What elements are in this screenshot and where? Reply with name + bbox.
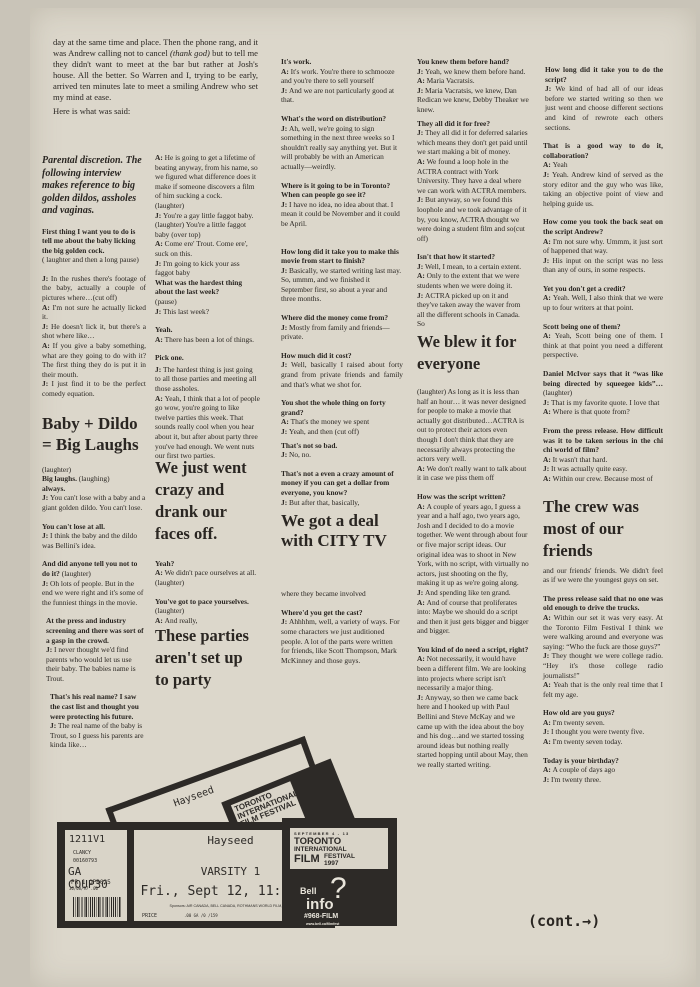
answer-group: A: Not necessarily, it would have been a… [417, 654, 528, 769]
speaker-label: J: [42, 322, 51, 331]
answer: J: We kind of had all of our ideas befor… [545, 84, 663, 131]
answer-text: We didn't pace ourselves at all. [165, 568, 256, 577]
pull-quote: We just went crazy and drank our faces o… [155, 457, 260, 545]
answer: A: There has been a lot of things. [155, 335, 254, 344]
answer: A: Yeah, Scott being one of them. I thin… [543, 331, 663, 359]
speaker-label: J: [281, 200, 289, 209]
ticket-price-label: PRICE [142, 913, 157, 919]
answer-line: (laughter) [155, 201, 260, 211]
speaker-label: J: [155, 307, 163, 316]
answer-text: Come ere' Trout. Come ere', suck on this… [155, 239, 248, 258]
speaker-label: J: [46, 645, 54, 654]
answer-text: I have no idea, no idea about that. I me… [281, 200, 400, 228]
answer-group: J: That is my favorite quote. I love tha… [543, 398, 659, 417]
speaker-label: A: [155, 153, 165, 162]
answer-text: No, no. [289, 450, 311, 459]
speaker-label: J: [42, 493, 50, 502]
speaker-label: J: [281, 266, 289, 275]
speaker-label: A: [42, 341, 53, 350]
info-url: www.bell.ca/filmfest [306, 922, 339, 926]
answer-text: That is my favorite quote. I love that [551, 398, 659, 407]
speaker-label: J: [155, 259, 163, 268]
speaker-label: A: [155, 616, 165, 625]
speaker-label: J: [281, 450, 289, 459]
speaker-label: J: [155, 211, 163, 220]
answer-text: And spending like ten grand. [425, 588, 511, 597]
column-4: You knew them before hand?J: Yeah, we kn… [417, 57, 529, 779]
speaker-label: A: [543, 765, 553, 774]
speaker-label: A: [155, 239, 165, 248]
pull-quote: We blew it for everyone [417, 331, 529, 375]
answer-text: You can't lose with a baby and a giant g… [42, 493, 145, 512]
speaker-label: A: [417, 271, 427, 280]
answer-text: Yeah [553, 160, 568, 169]
speaker-label: A: [155, 335, 165, 344]
answer: J: Well, basically I raised about forty … [281, 360, 403, 388]
answer-group: A: I'm twenty seven.J: I thought you wer… [543, 718, 644, 746]
answer-text: I just find it to be the perfect comedy … [42, 379, 146, 398]
answer-text: Yeah. Well, I also think that we were up… [543, 293, 663, 312]
speaker-label: J: [42, 531, 50, 540]
answer-text: Ahhhhm, well, a variety of ways. For som… [281, 617, 400, 664]
answer-line: A: Come ere' Trout. Come ere', suck on t… [155, 239, 260, 258]
answer: J: Ah, well, we're going to sign somethi… [281, 124, 397, 171]
speaker-label: J: [417, 86, 425, 95]
speaker-label: J: [42, 579, 50, 588]
speaker-label: J: [543, 651, 552, 660]
answer-group: J: Yeah, we knew them before hand.A: Mar… [417, 67, 529, 114]
speaker-label: A: [417, 654, 427, 663]
speaker-label: J: [281, 360, 291, 369]
speaker-label: A: [543, 293, 553, 302]
speaker-label: J: [543, 398, 551, 407]
answer-group: A: That's the money we spentJ: Yeah, and… [281, 417, 369, 436]
answer-text: And we are not particularly good at that… [281, 86, 394, 105]
speaker-label: A: [543, 718, 553, 727]
answer-text: A couple of days ago [553, 765, 615, 774]
speaker-label: A: [42, 303, 53, 312]
continued-marker: (cont.→) [528, 912, 600, 930]
answer-text: Basically, we started writing last may. … [281, 266, 401, 304]
answer: J: Oh lots of people. But in the end we … [42, 579, 143, 607]
answer: A: And really, [155, 616, 197, 625]
speaker-label: J: [545, 84, 555, 93]
answer-text: But after that, basically, [289, 498, 359, 507]
answer-text: I'm twenty seven today. [553, 737, 623, 746]
answer-text: His input on the script was no less than… [543, 256, 663, 275]
answer-text: And really, [165, 616, 198, 625]
speaker-label: A: [543, 680, 553, 689]
pull-quote: These parties aren't set up to party [155, 625, 260, 691]
answer-text: Only to the extent that we were students… [417, 271, 519, 290]
answer: J: This last week? [155, 307, 209, 316]
answer-text: It wasn't that hard. [553, 455, 608, 464]
answer-group: A: It wasn't that hard.J: It was actuall… [543, 455, 653, 483]
answer-text: He is going to get a lifetime of beating… [155, 153, 258, 200]
speaker-label: A: [417, 598, 427, 607]
answer-text: Where is that quote from? [553, 407, 630, 416]
answer-group: A: Within our set it was very easy. At t… [543, 613, 663, 699]
answer-text: They all did it for deferred salaries wh… [417, 128, 528, 156]
speaker-label: J: [417, 291, 425, 300]
speaker-label: A: [155, 394, 165, 403]
answer-group: A: It's work. You're there to schmooze a… [281, 67, 395, 105]
answer-text: They thought we were college radio. “Hey… [543, 651, 663, 679]
speaker-label: A: [417, 502, 427, 511]
speaker-label: J: [281, 86, 289, 95]
info-phone: #968-FILM [304, 913, 338, 920]
answer-text: Yeah that is the only real time that I f… [543, 680, 663, 699]
answer-text: I'm twenty seven. [553, 718, 605, 727]
answer: J: I never thought we'd find parents who… [46, 645, 136, 683]
answer-group: A: A couple of days agoJ: I'm twenty thr… [543, 765, 615, 784]
answer: J: I think the baby and the dildo was Be… [42, 531, 137, 550]
answer-group: A: I'm not sure why. Ummm, it just sort … [543, 237, 663, 275]
answer-text: In the rushes there's footage of the bab… [42, 274, 146, 302]
speaker-label: A: [417, 464, 427, 473]
speaker-label: J: [543, 256, 552, 265]
festival-ad: SEPTEMBER 4 - 13 TORONTO INTERNATIONAL F… [282, 818, 397, 926]
back-ticket-film: Hayseed [172, 785, 215, 810]
intro-lead: Here is what was said: [53, 106, 258, 117]
speaker-label: J: [281, 323, 289, 332]
speaker-label: A: [543, 474, 553, 483]
answer-list: J: The hardest thing is just going to al… [155, 365, 260, 461]
speaker-label: J: [417, 128, 425, 137]
speaker-label: J: [417, 588, 425, 597]
column-5: How long did it take you to do the scrip… [543, 65, 663, 793]
answer: J: Basically, we started writing last ma… [281, 266, 401, 304]
answer-text: He doesn't lick it, but there's a shot w… [42, 322, 146, 341]
speaker-label: J: [281, 427, 289, 436]
answer-text: That's the money we spent [291, 417, 370, 426]
speaker-label: J: [281, 124, 289, 133]
answer-text: Yeah, and then (cut off) [289, 427, 359, 436]
answer-line: A: I'm not sure he actually licked it. [42, 303, 146, 322]
speaker-label: J: [543, 464, 551, 473]
answer-text: Anyway, so then we came back here and I … [417, 693, 528, 769]
answer-group: J: They all did it for deferred salaries… [417, 128, 528, 243]
answer-text: It was actually quite easy. [551, 464, 627, 473]
column-3: It's work.A: It's work. You're there to … [281, 57, 403, 674]
answer-line: J: I'm going to kick your ass faggot bab… [155, 259, 260, 278]
answer-text: Yeah, I think that a lot of people go wo… [155, 394, 260, 461]
speaker-label: J: [155, 365, 163, 374]
answer-text: I'm going to kick your ass faggot baby [155, 259, 240, 278]
speaker-label: A: [281, 417, 291, 426]
pull-quote: Baby + Dildo = Big Laughs [42, 413, 146, 455]
speaker-label: J: [50, 721, 58, 730]
speaker-label: A: [543, 331, 555, 340]
speaker-label: J: [417, 195, 425, 204]
speaker-label: J: [417, 67, 425, 76]
answer-text: Yeah, Scott being one of them. I think a… [543, 331, 663, 359]
answer-line: A: If you give a baby something, what ar… [42, 341, 146, 379]
column-2: A: He is going to get a lifetime of beat… [155, 153, 260, 701]
answer-text: This last week? [163, 307, 209, 316]
answer-text: (laughter) [155, 201, 184, 210]
answer: J: I have no idea, no idea about that. I… [281, 200, 400, 228]
answer: J: You can't lose with a baby and a gian… [42, 493, 146, 512]
festival-logo: SEPTEMBER 4 - 13 TORONTO INTERNATIONAL F… [290, 828, 388, 869]
answer-line: J: In the rushes there's footage of the … [42, 274, 146, 303]
speaker-label: A: [543, 455, 553, 464]
speaker-label: A: [543, 613, 554, 622]
answer-text: We kind of had all of our ideas before w… [545, 84, 663, 131]
ticket-price-value: .00 GA /0 /159 [184, 913, 218, 918]
speaker-label: A: [543, 407, 553, 416]
speaker-label: A: [543, 237, 553, 246]
disclaimer: Parental discretion. The following inter… [42, 155, 146, 218]
ticket-stub: 1211V1 CLANCY 00160793 GA COUP30 PR 1 OP… [65, 830, 127, 921]
answer-line: J: The hardest thing is just going to al… [155, 365, 260, 394]
answer: J: But after that, basically, [281, 498, 359, 507]
answer-text: We don't really want to talk about it in… [417, 464, 526, 483]
answer: A: Yeah. Well, I also think that we were… [543, 293, 663, 312]
answer-text: Mostly from family and friends—private. [281, 323, 390, 342]
intro-section: day at the same time and place. Then the… [53, 37, 258, 120]
speaker-label: A: [543, 160, 553, 169]
column-1: Parental discretion. The following inter… [42, 155, 146, 759]
answer-text: I think the baby and the dildo was Belli… [42, 531, 137, 550]
speaker-label: A: [543, 737, 553, 746]
answer: J: The real name of the baby is Trout, s… [50, 721, 144, 749]
answer-text: Yeah. Andrew kind of served as the story… [543, 170, 663, 208]
answer-text: Well, basically I raised about forty gra… [281, 360, 403, 388]
answer-text: It's work. You're there to schmooze and … [281, 67, 395, 86]
answer-text: Well, I mean, to a certain extent. [425, 262, 521, 271]
answer-line: J: He doesn't lick it, but there's a sho… [42, 322, 146, 341]
answer-text: Within our crew. Because most of [553, 474, 653, 483]
answer-text: But anyway, so we found this loophole an… [417, 195, 527, 242]
intro-paragraph: day at the same time and place. Then the… [53, 37, 258, 103]
answer-text: A couple of years ago, I guess a year an… [417, 502, 529, 588]
answer-text: Within our set it was very easy. At the … [543, 613, 663, 651]
answer-text: If you give a baby something, what are t… [42, 341, 146, 379]
answer-text: Maria Vacratsis. [427, 76, 475, 85]
answer-text: Maria Vacratsis, we knew, Dan Redican we… [417, 86, 529, 114]
answer-text: The real name of the baby is Trout, so I… [50, 721, 144, 749]
answer-group: J: Well, I mean, to a certain extent.A: … [417, 262, 521, 329]
answer-text: I'm not sure he actually licked it. [42, 303, 146, 322]
speaker-label: J: [42, 274, 51, 283]
speaker-label: J: [543, 775, 551, 784]
answer: A: We don't really want to talk about it… [417, 464, 526, 483]
answer-text: I never thought we'd find parents who wo… [46, 645, 136, 683]
speaker-label: J: [417, 262, 425, 271]
speaker-label: J: [417, 693, 425, 702]
answer-line: A: Yeah, I think that a lot of people go… [155, 394, 260, 461]
answer-text: Oh lots of people. But in the end we wer… [42, 579, 143, 607]
answer-text: We found a loop hole in the ACTRA contra… [417, 157, 527, 195]
speaker-label: A: [417, 76, 427, 85]
answer-text: Ah, well, we're going to sign something … [281, 124, 397, 171]
answer-line: J: You're a gay little faggot baby. (lau… [155, 211, 260, 240]
answer-text: ACTRA picked up on it and they've taken … [417, 291, 520, 329]
pull-quote: The crew was most of our friends [543, 496, 663, 562]
answer-group: A: YeahJ: Yeah. Andrew kind of served as… [543, 160, 663, 207]
answer-text: And of course that proliferates into: Ma… [417, 598, 528, 636]
answer-text: I thought you were twenty five. [551, 727, 644, 736]
answer-text: You're a gay little faggot baby. (laught… [155, 211, 253, 239]
speaker-label: J: [543, 170, 552, 179]
answer-line: A: He is going to get a lifetime of beat… [155, 153, 260, 201]
speaker-label: J: [281, 617, 289, 626]
intro-italic: (thank god) [170, 48, 210, 58]
speaker-label: J: [281, 498, 289, 507]
speaker-label: J: [543, 727, 551, 736]
answer-text: The hardest thing is just going to all t… [155, 365, 256, 393]
answer-text: I'm twenty three. [551, 775, 601, 784]
speaker-label: A: [155, 568, 165, 577]
answer: J: No, no. [281, 450, 311, 459]
answer: A: We didn't pace ourselves at all. [155, 568, 256, 577]
speaker-label: A: [417, 157, 427, 166]
answer-text: There has been a lot of things. [165, 335, 254, 344]
answer: J: Mostly from family and friends—privat… [281, 323, 390, 342]
barcode-icon [73, 897, 121, 917]
answer-text: I'm not sure why. Ummm, it just sort of … [543, 237, 663, 256]
answer: J: Ahhhhm, well, a variety of ways. For … [281, 617, 400, 664]
pull-quote: We got a deal with CITY TV [281, 511, 403, 551]
qa-block: First thing I want you to do is tell me … [42, 227, 146, 265]
speaker-label: A: [281, 67, 291, 76]
answer-line: J: I just find it to be the perfect come… [42, 379, 146, 398]
answer-list: A: He is going to get a lifetime of beat… [155, 153, 260, 278]
answer-group: A: A couple of years ago, I guess a year… [417, 502, 529, 636]
answer-list: J: In the rushes there's footage of the … [42, 274, 146, 399]
answer-text: Yeah, we knew them before hand. [425, 67, 525, 76]
answer-text: Not necessarily, it would have been a di… [417, 654, 526, 692]
